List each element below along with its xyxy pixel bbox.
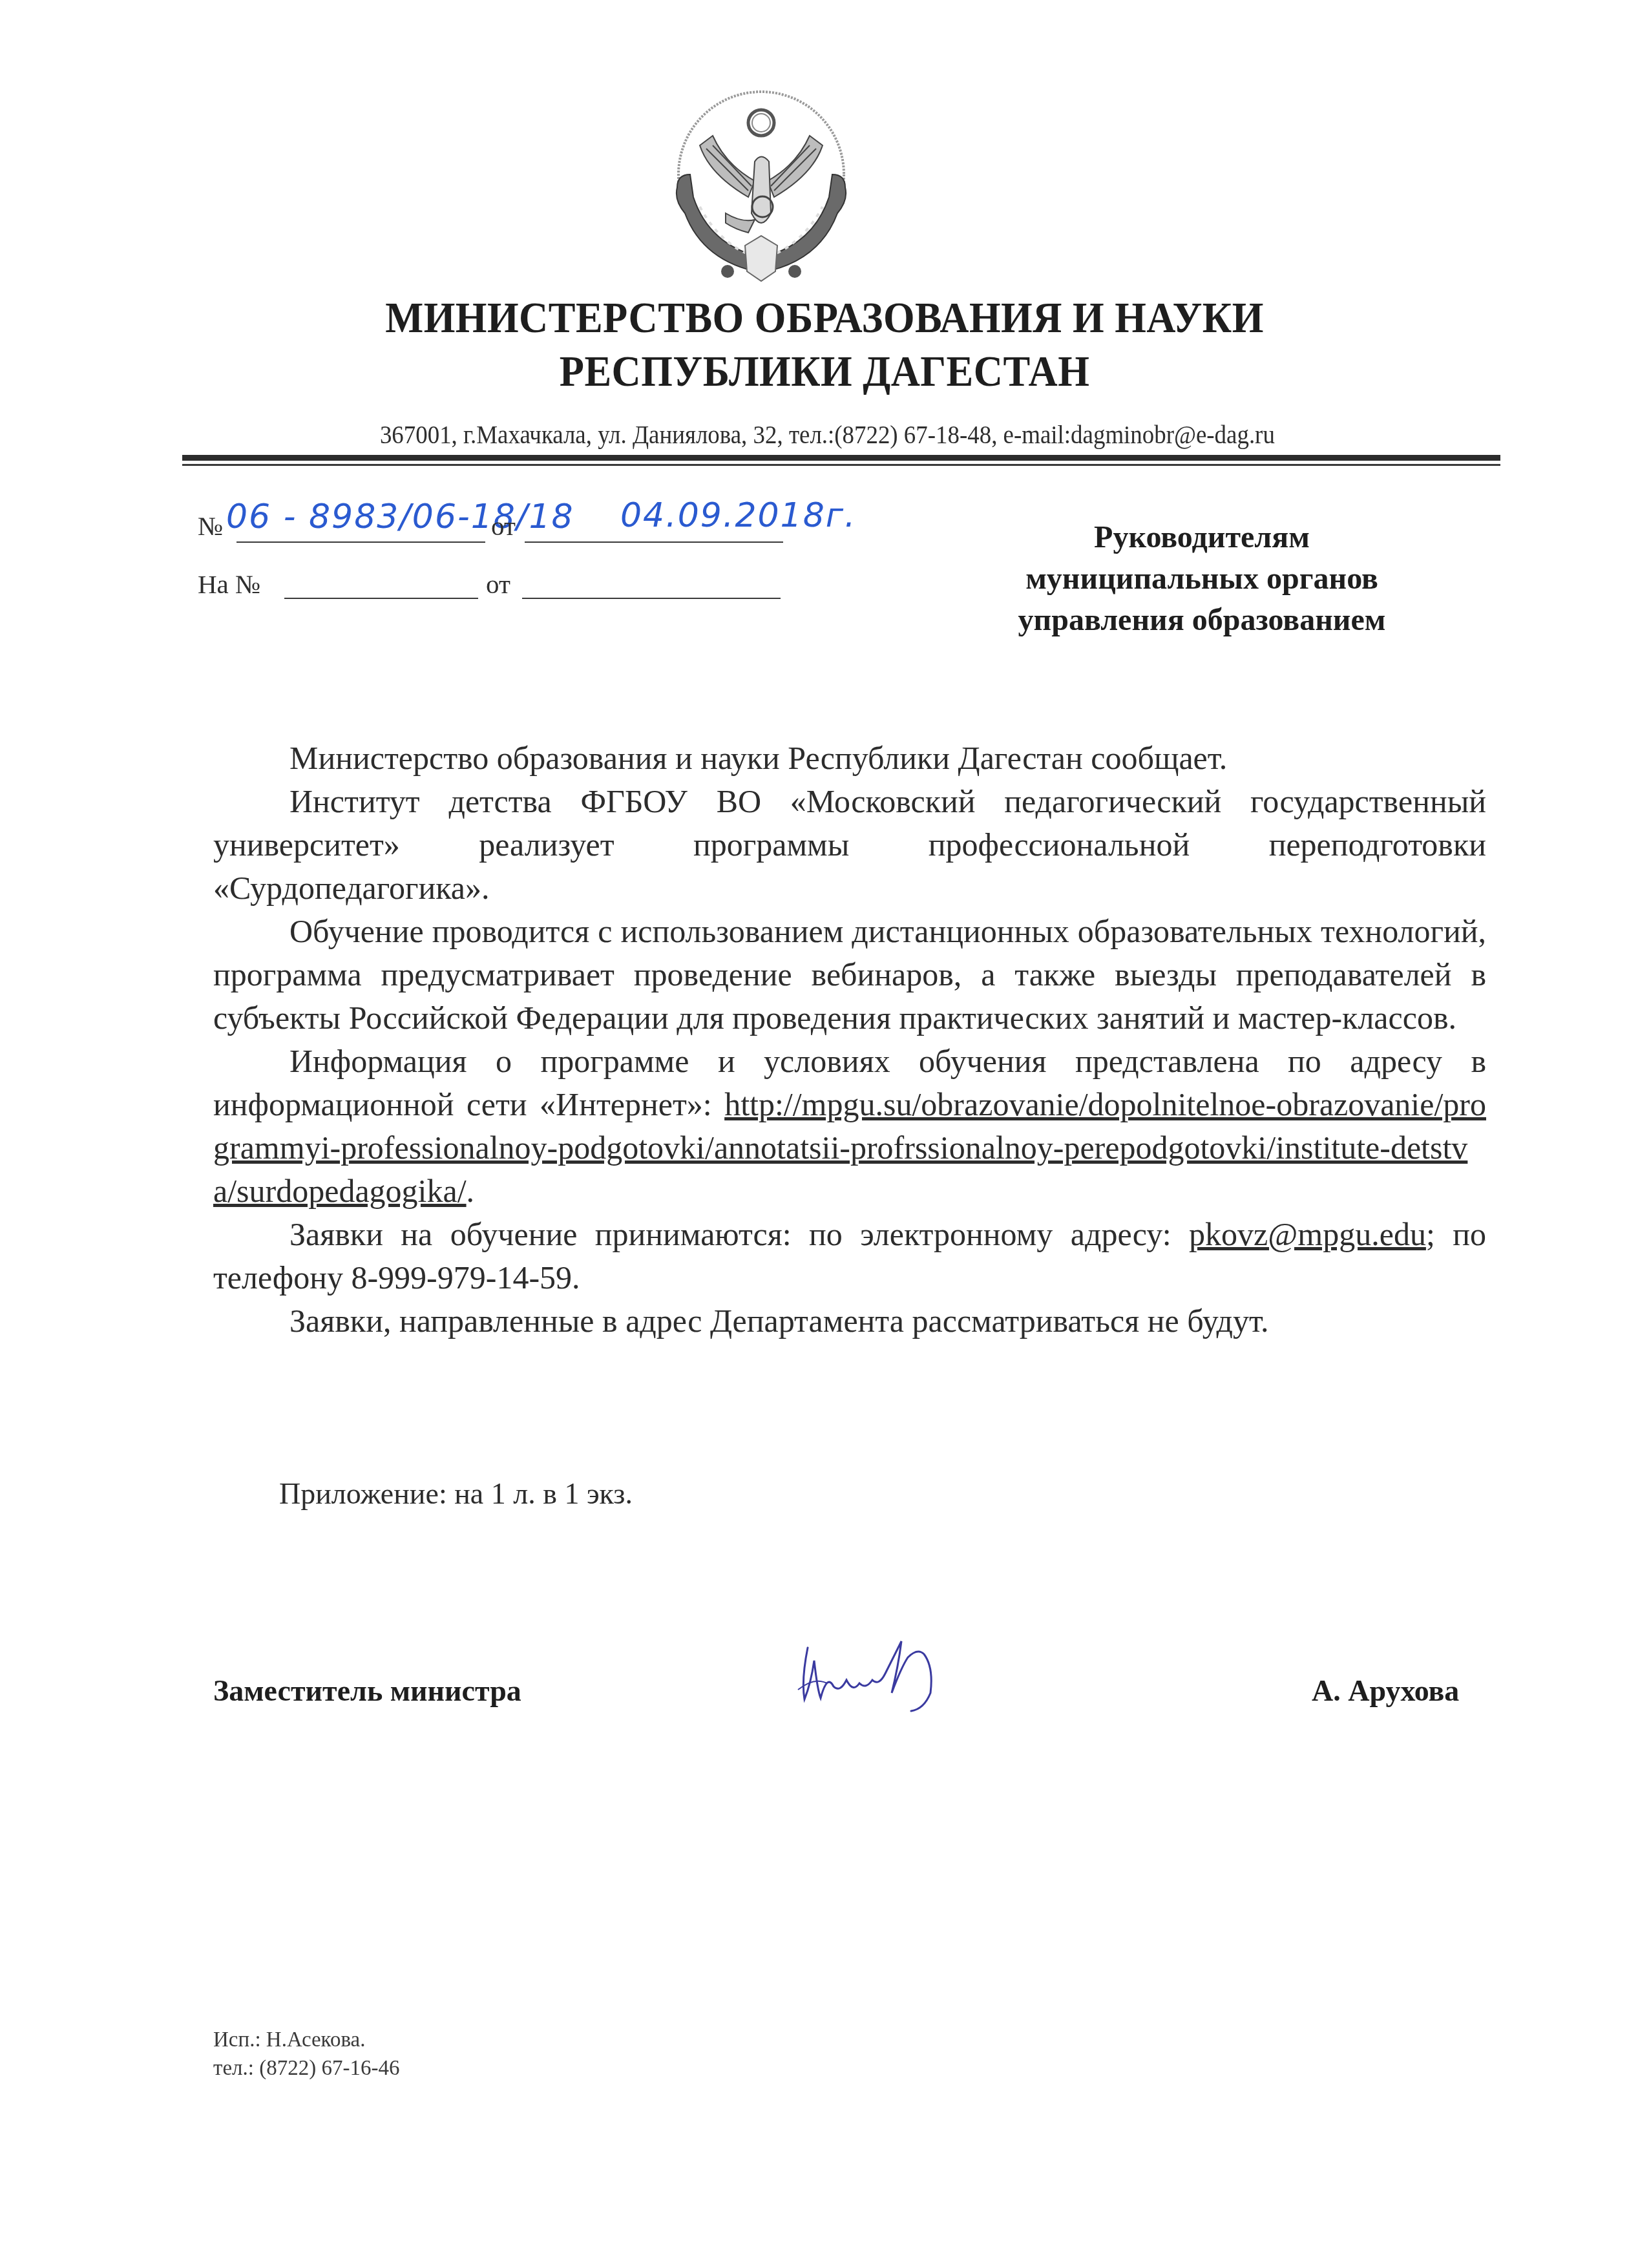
recipient-line-1: Руководителям bbox=[924, 517, 1480, 558]
number-label: № bbox=[198, 510, 223, 541]
handwritten-signature bbox=[788, 1628, 1060, 1712]
letter-body: Министерство образования и науки Республ… bbox=[213, 737, 1486, 1343]
executor-phone: тел.: (8722) 67-16-46 bbox=[213, 2054, 399, 2083]
body-paragraph-info: Информация о программе и условиях обучен… bbox=[213, 1040, 1486, 1213]
recipient-block: Руководителям муниципальных органов упра… bbox=[924, 517, 1480, 641]
reply-number-label: На № bbox=[198, 569, 260, 600]
signatory-position: Заместитель министра bbox=[213, 1674, 521, 1708]
applications-prefix: Заявки на обучение принимаются: по элект… bbox=[289, 1216, 1189, 1252]
reply-date-blank-line bbox=[522, 598, 781, 599]
header-divider-thick bbox=[182, 455, 1500, 461]
date-blank-line bbox=[525, 541, 783, 543]
body-paragraph-institute: Институт детства ФГБОУ ВО «Московский пе… bbox=[213, 780, 1486, 910]
ministry-title-line-1: МИНИСТЕРСТВО ОБРАЗОВАНИЯ И НАУКИ bbox=[66, 292, 1583, 343]
body-paragraph-intro: Министерство образования и науки Республ… bbox=[213, 737, 1486, 780]
recipient-line-3: управления образованием bbox=[924, 600, 1480, 641]
eagle-emblem-icon bbox=[664, 84, 858, 284]
date-label: от bbox=[491, 510, 516, 541]
recipient-line-2: муниципальных органов bbox=[924, 558, 1480, 600]
coat-of-arms-emblem bbox=[664, 84, 858, 284]
ministry-title-line-2: РЕСПУБЛИКИ ДАГЕСТАН bbox=[66, 346, 1583, 397]
applications-email-link[interactable]: pkovz@mpgu.edu bbox=[1189, 1216, 1426, 1252]
body-paragraph-rejection: Заявки, направленные в адрес Департамент… bbox=[213, 1299, 1486, 1343]
reply-number-blank-line bbox=[284, 598, 478, 599]
reply-date-label: от bbox=[486, 569, 510, 600]
executor-name: Исп.: Н.Асекова. bbox=[213, 2026, 399, 2054]
signatory-name: А. Арухова bbox=[1312, 1674, 1459, 1708]
handwritten-date: 04.09.2018г. bbox=[620, 496, 857, 535]
handwritten-number: 06 - 8983/06-18/18 bbox=[226, 498, 574, 536]
signature-scribble-icon bbox=[788, 1628, 1060, 1712]
number-blank-line bbox=[236, 541, 485, 543]
executor-block: Исп.: Н.Асекова. тел.: (8722) 67-16-46 bbox=[213, 2026, 399, 2083]
attachment-note: Приложение: на 1 л. в 1 экз. bbox=[279, 1476, 633, 1511]
body-paragraph-applications: Заявки на обучение принимаются: по элект… bbox=[213, 1213, 1486, 1299]
info-suffix: . bbox=[467, 1173, 475, 1209]
header-divider-thin bbox=[182, 464, 1500, 466]
ministry-address: 367001, г.Махачкала, ул. Даниялова, 32, … bbox=[85, 419, 1570, 450]
body-paragraph-training: Обучение проводится с использованием дис… bbox=[213, 910, 1486, 1040]
